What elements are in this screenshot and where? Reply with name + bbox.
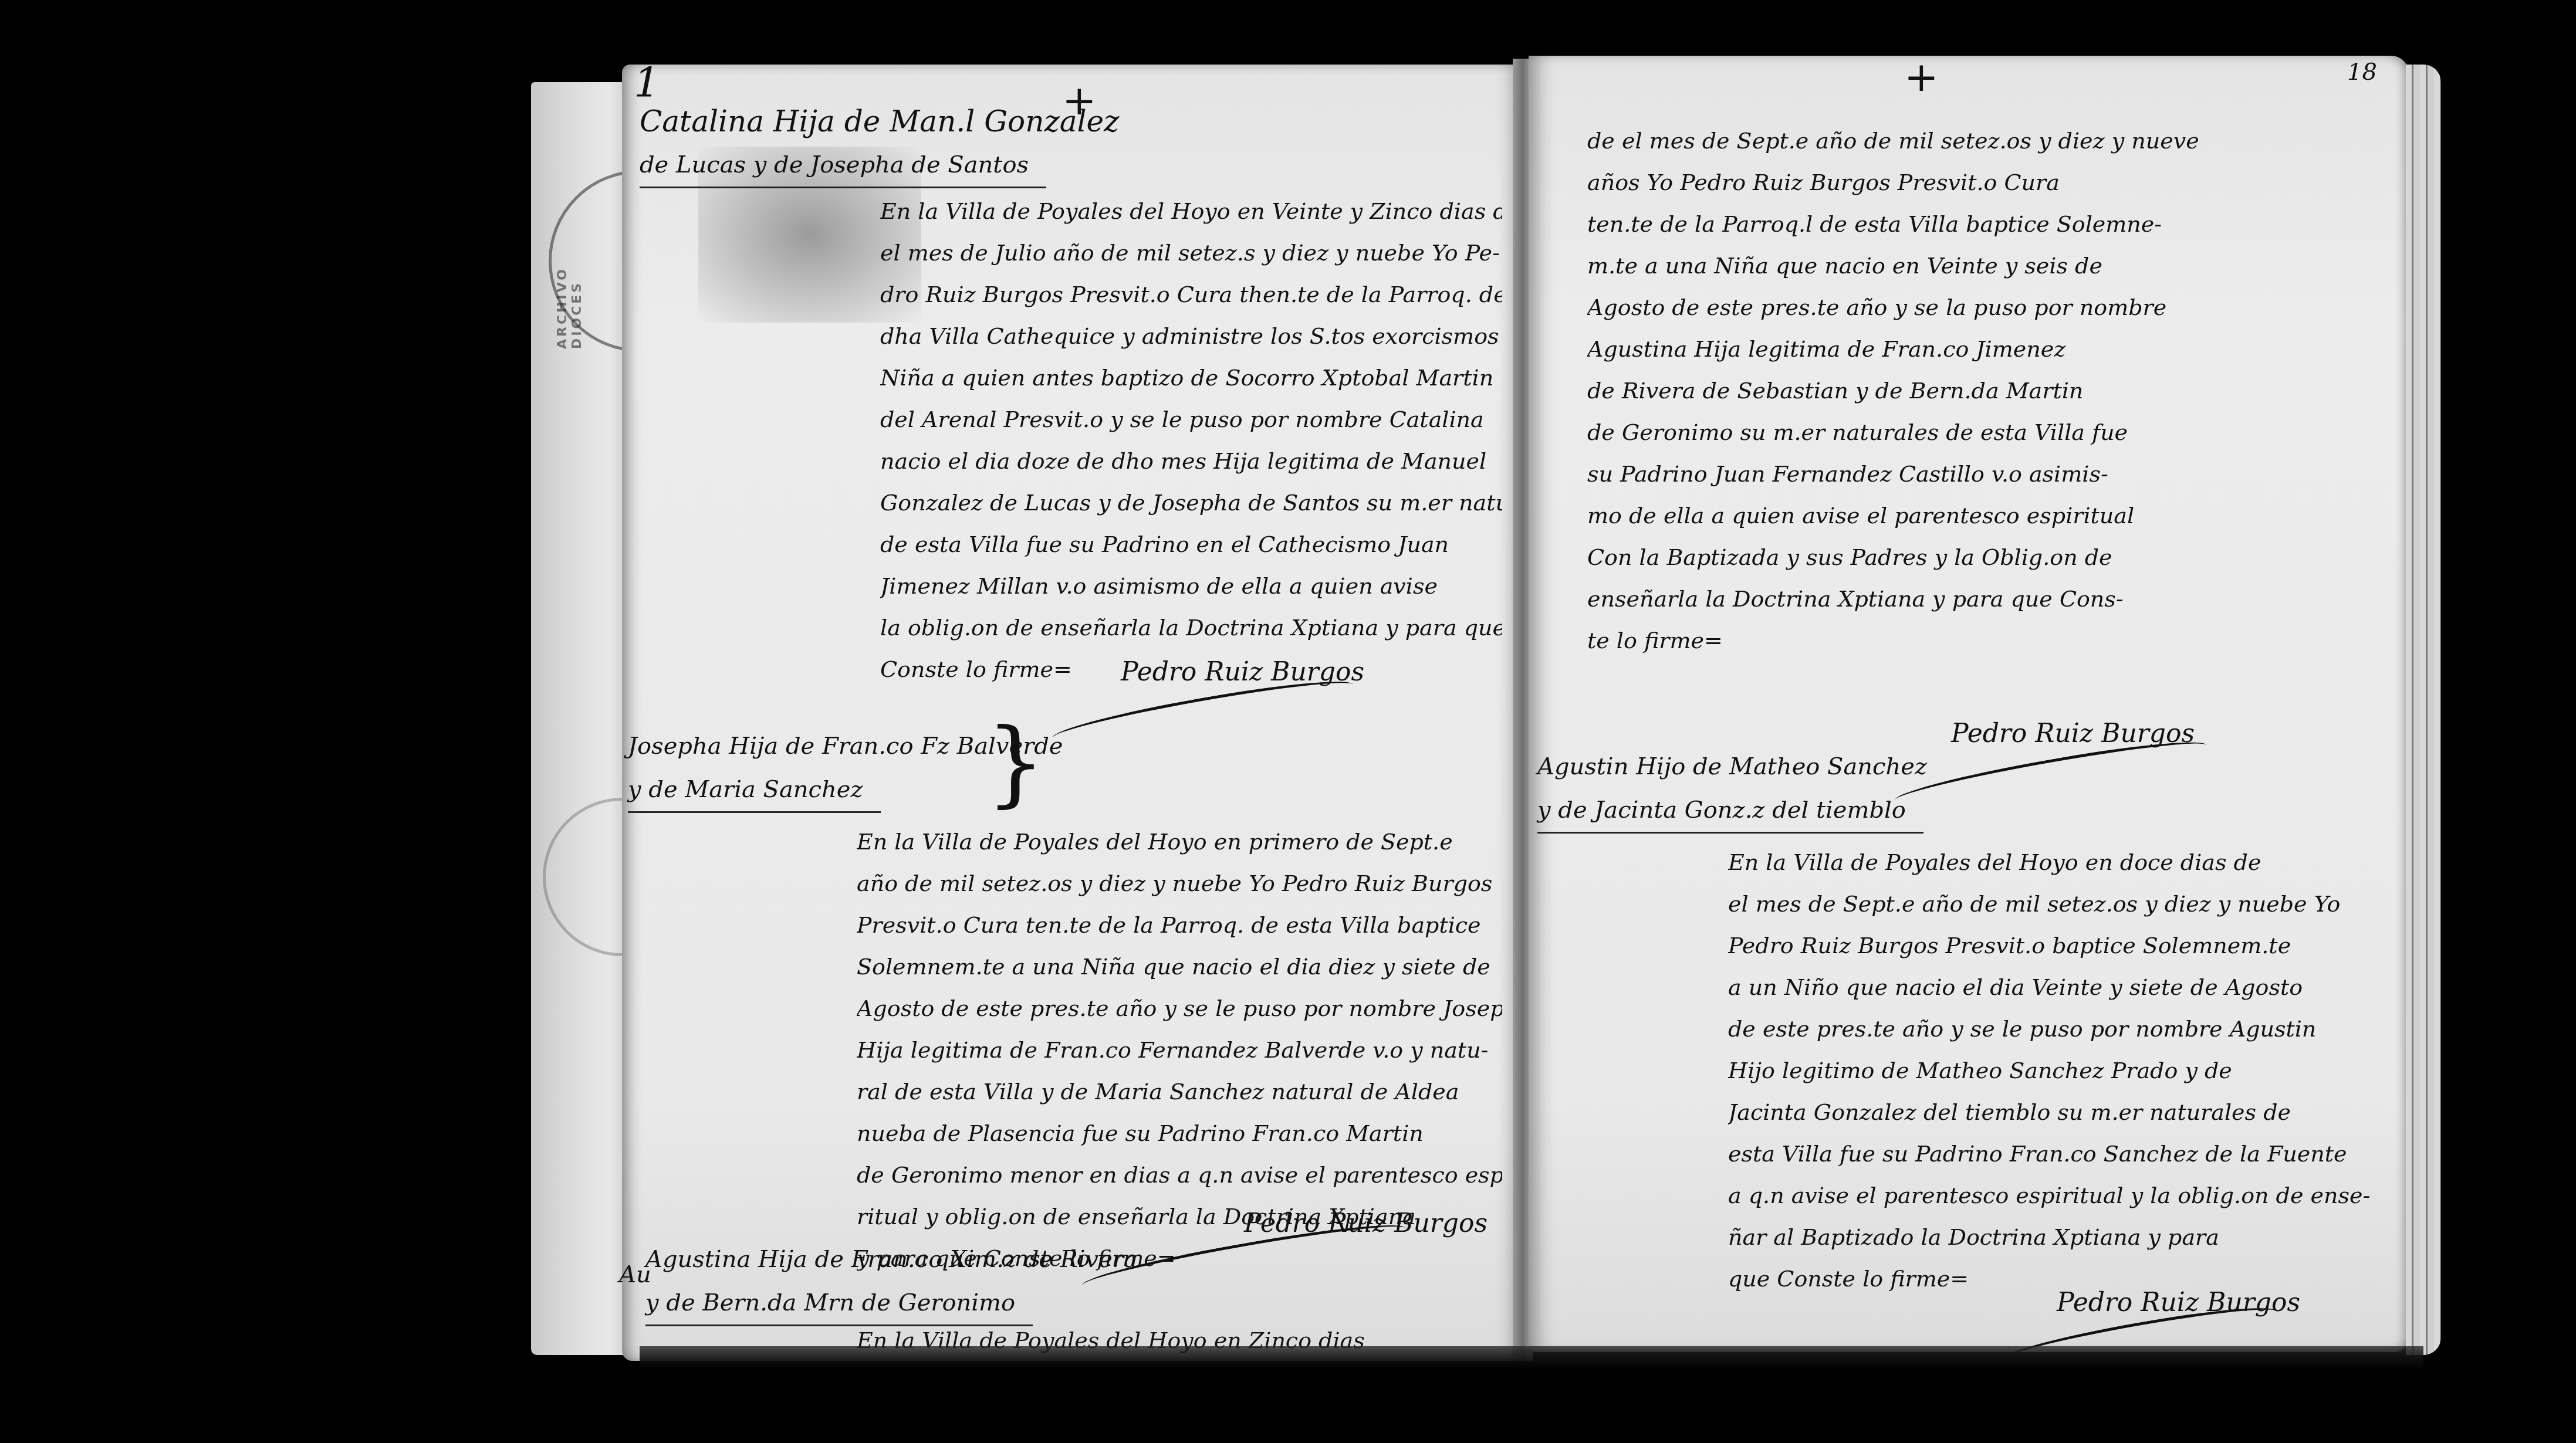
entry-line: Hija legitima de Fran.co Fernandez Balve… [857,1029,1502,1071]
header-cross-icon: + [1904,53,1939,101]
margin-note-line: Catalina Hija de Man.l Gonzalez [640,100,1119,143]
entry-line: Agosto de este pres.te año y se le puso … [857,988,1502,1029]
entry-line: dha Villa Cathequice y administre los S.… [880,316,1502,357]
entry-line: Pedro Ruiz Burgos Presvit.o baptice Sole… [1728,925,2391,967]
folio-number: 18 [2347,59,2377,86]
entry-line: del Arenal Presvit.o y se le puso por no… [880,399,1502,441]
entry-line: nueba de Plasencia fue su Padrino Fran.c… [857,1113,1502,1154]
entry-line: el mes de Julio año de mil setez.s y die… [880,232,1502,274]
entry-line: ñar al Baptizado la Doctrina Xptiana y p… [1728,1217,2391,1258]
binding-shadow [640,1346,2423,1370]
entry-body: de el mes de Sept.e año de mil setez.os … [1587,120,2385,662]
entry-body: En la Villa de Poyales del Hoyo en Veint… [880,191,1502,690]
entry-line: Presvit.o Cura ten.te de la Parroq. de e… [857,905,1502,946]
entry-line: Solemnem.te a una Niña que nacio el dia … [857,946,1502,988]
entry-line: enseñarla la Doctrina Xptiana y para que… [1587,578,2385,620]
archive-stamp-text: ARCHIVO DIOCES [555,197,584,349]
entry-line: ten.te de la Parroq.l de esta Villa bapt… [1587,204,2385,245]
entry-line: nacio el dia doze de dho mes Hija legiti… [880,441,1502,482]
margin-brace: } [986,716,1046,809]
entry-line: m.te a una Niña que nacio en Veinte y se… [1587,245,2385,287]
entry-line: te lo firme= [1587,620,2385,662]
entry-line: la oblig.on de enseñarla la Doctrina Xpt… [880,607,1502,649]
entry-line: ral de esta Villa y de Maria Sanchez nat… [857,1071,1502,1113]
entry-margin-note: Catalina Hija de Man.l Gonzalez de Lucas… [640,100,1119,188]
entry-line: de Geronimo su m.er naturales de esta Vi… [1587,412,2385,453]
entry-line: Niña a quien antes baptizo de Socorro Xp… [880,357,1502,399]
entry-line: el mes de Sept.e año de mil setez.os y d… [1728,883,2391,925]
entry-line: Jacinta Gonzalez del tiemblo su m.er nat… [1728,1092,2391,1133]
entry-margin-note: Agustin Hijo de Matheo Sanchez y de Jaci… [1537,745,1927,834]
entry-line: de este pres.te año y se le puso por nom… [1728,1008,2391,1050]
margin-note-line: de Lucas y de Josepha de Santos [640,143,1046,188]
entry-line: En la Villa de Poyales del Hoyo en prime… [857,821,1502,863]
entry-margin-note: Agustina Hija de Fran.co Xim.z de Rivera… [645,1238,1138,1326]
entry-line: su Padrino Juan Fernandez Castillo v.o a… [1587,453,2385,495]
entry-line: En la Villa de Poyales del Hoyo en doce … [1728,842,2391,883]
left-page: 1 + Catalina Hija de Man.l Gonzalez de L… [622,65,1520,1361]
entry-line: año de mil setez.os y diez y nuebe Yo Pe… [857,863,1502,905]
entry-line: Jimenez Millan v.o asimismo de ella a qu… [880,565,1502,607]
entry-line: Agosto de este pres.te año y se la puso … [1587,287,2385,328]
entry-line: dro Ruiz Burgos Presvit.o Cura then.te d… [880,274,1502,316]
entry-line: a q.n avise el parentesco espiritual y l… [1728,1175,2391,1217]
entry-line: años Yo Pedro Ruiz Burgos Presvit.o Cura [1587,162,2385,204]
entry-line: Agustina Hija legitima de Fran.co Jimene… [1587,328,2385,370]
entry-line: Gonzalez de Lucas y de Josepha de Santos… [880,482,1502,524]
entry-line: de Geronimo menor en dias a q.n avise el… [857,1154,1502,1196]
entry-line: esta Villa fue su Padrino Fran.co Sanche… [1728,1133,2391,1175]
right-page: + 18 de el mes de Sept.e año de mil sete… [1529,56,2409,1352]
entry-line: mo de ella a quien avise el parentesco e… [1587,495,2385,537]
entry-line: de el mes de Sept.e año de mil setez.os … [1587,120,2385,162]
page-stack-edges [2406,65,2441,1355]
margin-note-line: y de Maria Sanchez [628,768,881,813]
entry-body: En la Villa de Poyales del Hoyo en doce … [1728,842,2391,1300]
entry-line: Con la Baptizada y sus Padres y la Oblig… [1587,537,2385,578]
margin-note-line: Agustina Hija de Fran.co Xim.z de Rivera [645,1238,1138,1281]
entry-line: de Rivera de Sebastian y de Bern.da Mart… [1587,370,2385,412]
entry-line: de esta Villa fue su Padrino en el Cathe… [880,524,1502,565]
entry-line: En la Villa de Poyales del Hoyo en Veint… [880,191,1502,232]
document-viewer: ARCHIVO DIOCES 1 + Catalina Hija de Man.… [0,0,2576,1443]
entry-line: Hijo legitimo de Matheo Sanchez Prado y … [1728,1050,2391,1092]
margin-note-line: y de Jacinta Gonz.z del tiemblo [1537,788,1923,834]
margin-note-line: Agustin Hijo de Matheo Sanchez [1537,745,1927,788]
entry-line: a un Niño que nacio el dia Veinte y siet… [1728,967,2391,1008]
